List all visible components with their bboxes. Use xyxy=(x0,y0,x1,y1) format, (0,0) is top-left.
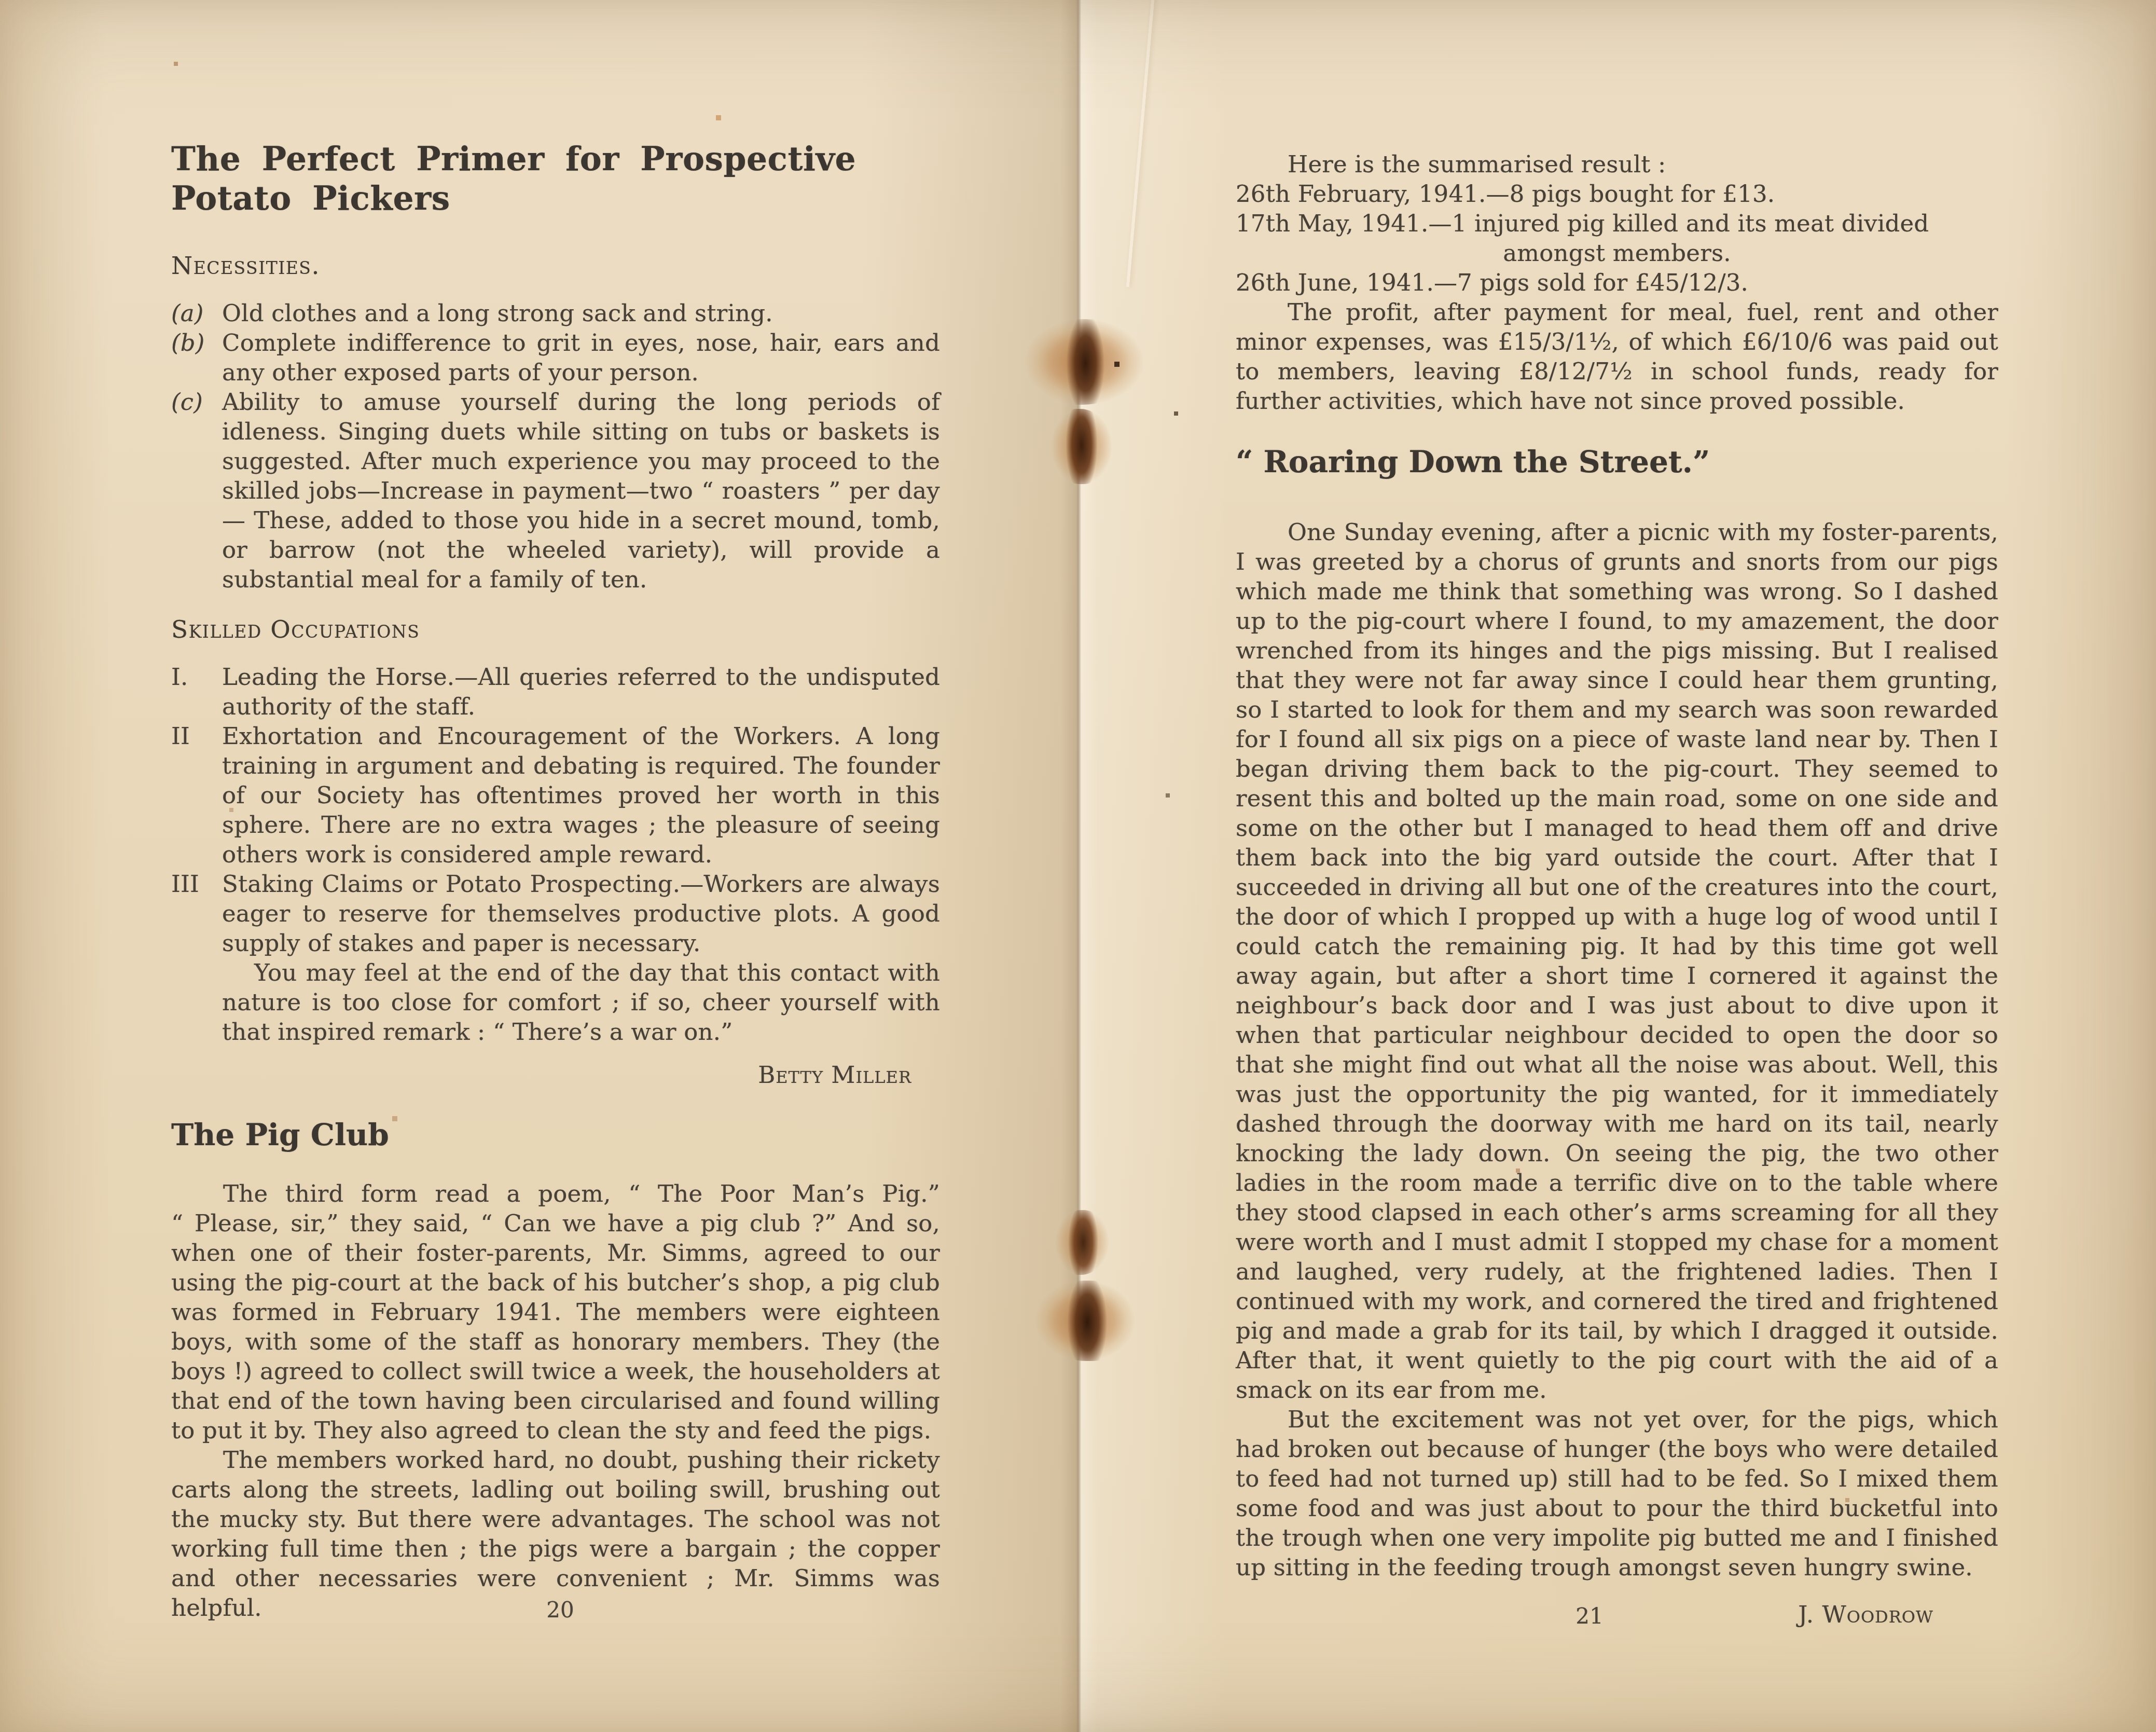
heading-roaring-down-the-street: “ Roaring Down the Street.” xyxy=(1236,444,1998,480)
result-entry: 17th May, 1941.—1 injured pig killed and… xyxy=(1236,209,1998,238)
open-book-spread: The Perfect Primer for Prospective Potat… xyxy=(0,0,2156,1732)
article-title-potato-pickers: The Perfect Primer for Prospective Potat… xyxy=(171,139,940,218)
skilled-occupations-list: I. Leading the Horse.—All queries referr… xyxy=(171,662,940,1047)
story-paragraph: But the excitement was not yet over, for… xyxy=(1236,1405,1998,1582)
summarised-result-intro: Here is the summarised result : xyxy=(1236,149,1998,179)
list-item: I. Leading the Horse.—All queries referr… xyxy=(171,662,940,721)
rust-stain xyxy=(1055,1210,1109,1275)
list-item-label: (b) xyxy=(171,328,222,387)
list-item-text: Ability to amuse yourself during the lon… xyxy=(222,387,940,594)
necessities-list: (a) Old clothes and a long strong sack a… xyxy=(171,298,940,594)
rust-stain xyxy=(1051,409,1112,484)
list-item: (c) Ability to amuse yourself during the… xyxy=(171,387,940,594)
byline-betty-miller: Betty Miller xyxy=(171,1060,940,1090)
paper-crease xyxy=(1126,0,1156,287)
pig-club-results-list: 26th February, 1941.—8 pigs bought for £… xyxy=(1236,179,1998,297)
list-item-label: I. xyxy=(171,662,222,721)
story-paragraph: One Sunday evening, after a picnic with … xyxy=(1236,517,1998,1405)
list-item-text: Complete indifference to grit in eyes, n… xyxy=(222,328,940,387)
pig-club-paragraph: The members worked hard, no doubt, pushi… xyxy=(171,1445,940,1623)
list-item: II Exhortation and Encouragement of the … xyxy=(171,721,940,869)
book-gutter-fold xyxy=(1060,0,1098,1732)
rust-stain xyxy=(1025,319,1144,405)
page-number-20: 20 xyxy=(546,1597,574,1623)
list-item: (b) Complete indifference to grit in eye… xyxy=(171,328,940,387)
list-item-label: (a) xyxy=(171,298,222,328)
heading-necessities: Necessities. xyxy=(171,251,940,281)
paper-specks xyxy=(0,0,1,1)
right-page-text-column: Here is the summarised result : 26th Feb… xyxy=(1236,149,1998,1629)
result-entry: 26th June, 1941.—7 pigs sold for £45/12/… xyxy=(1236,268,1998,297)
pig-club-paragraph: The third form read a poem, “ The Poor M… xyxy=(171,1179,940,1445)
heading-skilled-occupations: Skilled Occupations xyxy=(171,615,940,644)
list-item-label: II xyxy=(171,721,222,869)
heading-the-pig-club: The Pig Club xyxy=(171,1117,940,1153)
result-entry-continuation: amongst members. xyxy=(1236,238,1998,268)
page-number-21: 21 xyxy=(1575,1603,1603,1629)
list-item-label: III xyxy=(171,869,222,958)
closing-remark-paragraph: You may feel at the end of the day that … xyxy=(222,958,940,1047)
result-entry: 26th February, 1941.—8 pigs bought for £… xyxy=(1236,179,1998,209)
list-item-text: Old clothes and a long strong sack and s… xyxy=(222,298,940,328)
rust-stain xyxy=(1035,1281,1135,1361)
left-page-text-column: The Perfect Primer for Prospective Potat… xyxy=(171,139,940,1623)
list-item: III Staking Claims or Potato Prospecting… xyxy=(171,869,940,958)
list-item-text: Leading the Horse.—All queries referred … xyxy=(222,662,940,721)
byline-j-woodrow: J. Woodrow xyxy=(1236,1600,1998,1629)
list-item-text: Exhortation and Encouragement of the Wor… xyxy=(222,721,940,869)
list-item-label: (c) xyxy=(171,387,222,594)
profit-paragraph: The profit, after payment for meal, fuel… xyxy=(1236,297,1998,416)
list-item: (a) Old clothes and a long strong sack a… xyxy=(171,298,940,328)
list-item-text: Staking Claims or Potato Prospecting.—Wo… xyxy=(222,869,940,958)
